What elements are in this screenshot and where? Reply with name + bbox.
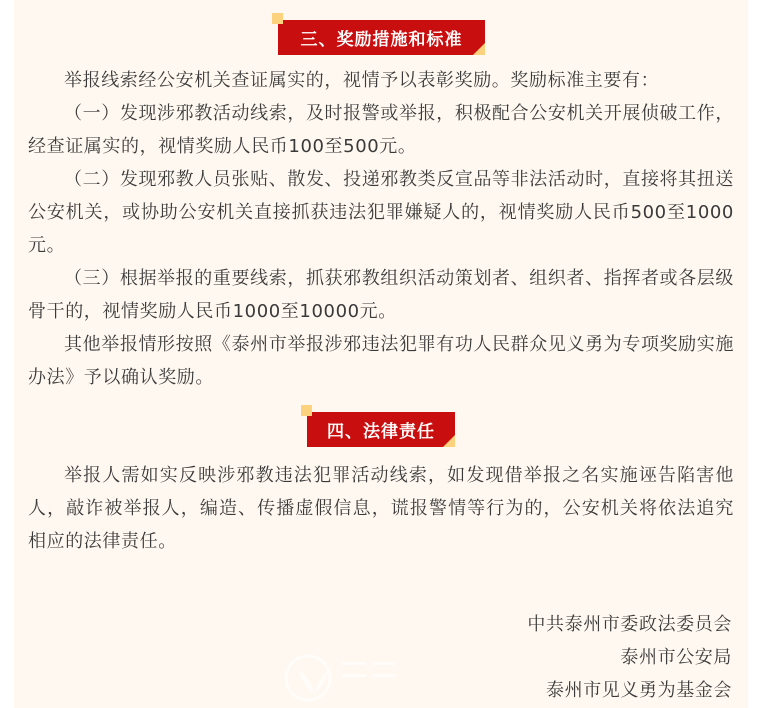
watermark-leaf-logo-icon (284, 652, 404, 708)
section-4-heading-badge: 四、法律责任 (307, 412, 455, 447)
paragraph-other-cases: 其他举报情形按照《泰州市举报涉邪违法犯罪有功人民群众见义勇为专项奖励实施办法》予… (28, 328, 734, 394)
signature-line-political-legal-committee: 中共泰州市委政法委员会 (527, 608, 732, 641)
signature-line-public-security-bureau: 泰州市公安局 (527, 641, 732, 674)
section-3-heading-text: 三、奖励措施和标准 (301, 25, 463, 50)
signature-block: 中共泰州市委政法委员会 泰州市公安局 泰州市见义勇为基金会 (527, 608, 732, 707)
badge-corner-triangle-icon (443, 435, 455, 447)
paragraph-reward-tier-3: （三）根据举报的重要线索，抓获邪教组织活动策划者、组织者、指挥者或各层级骨干的，… (28, 262, 734, 328)
section-4-heading-text: 四、法律责任 (327, 417, 435, 442)
section-4-heading: 四、法律责任 (307, 412, 455, 447)
badge-corner-triangle-icon (473, 43, 485, 55)
section-3-heading: 三、奖励措施和标准 (278, 20, 485, 55)
paragraph-reward-tier-2: （二）发现邪教人员张贴、散发、投递邪教类反宣品等非法活动时，直接将其扭送公安机关… (28, 163, 734, 262)
badge-corner-square-icon (272, 13, 283, 24)
paragraph-intro: 举报线索经公安机关查证属实的，视情予以表彰奖励。奖励标准主要有： (28, 64, 734, 97)
signature-line-courage-foundation: 泰州市见义勇为基金会 (527, 674, 732, 707)
paragraph-reward-tier-1: （一）发现涉邪教活动线索，及时报警或举报，积极配合公安机关开展侦破工作，经查证属… (28, 97, 734, 163)
section-4-body: 举报人需如实反映涉邪教违法犯罪活动线索，如发现借举报之名实施诬告陷害他人，敲诈被… (28, 459, 734, 558)
badge-corner-square-icon (301, 405, 312, 416)
paragraph-legal-liability: 举报人需如实反映涉邪教违法犯罪活动线索，如发现借举报之名实施诬告陷害他人，敲诈被… (28, 459, 734, 558)
section-3-body: 举报线索经公安机关查证属实的，视情予以表彰奖励。奖励标准主要有： （一）发现涉邪… (28, 64, 734, 394)
section-3-heading-badge: 三、奖励措施和标准 (278, 20, 485, 55)
